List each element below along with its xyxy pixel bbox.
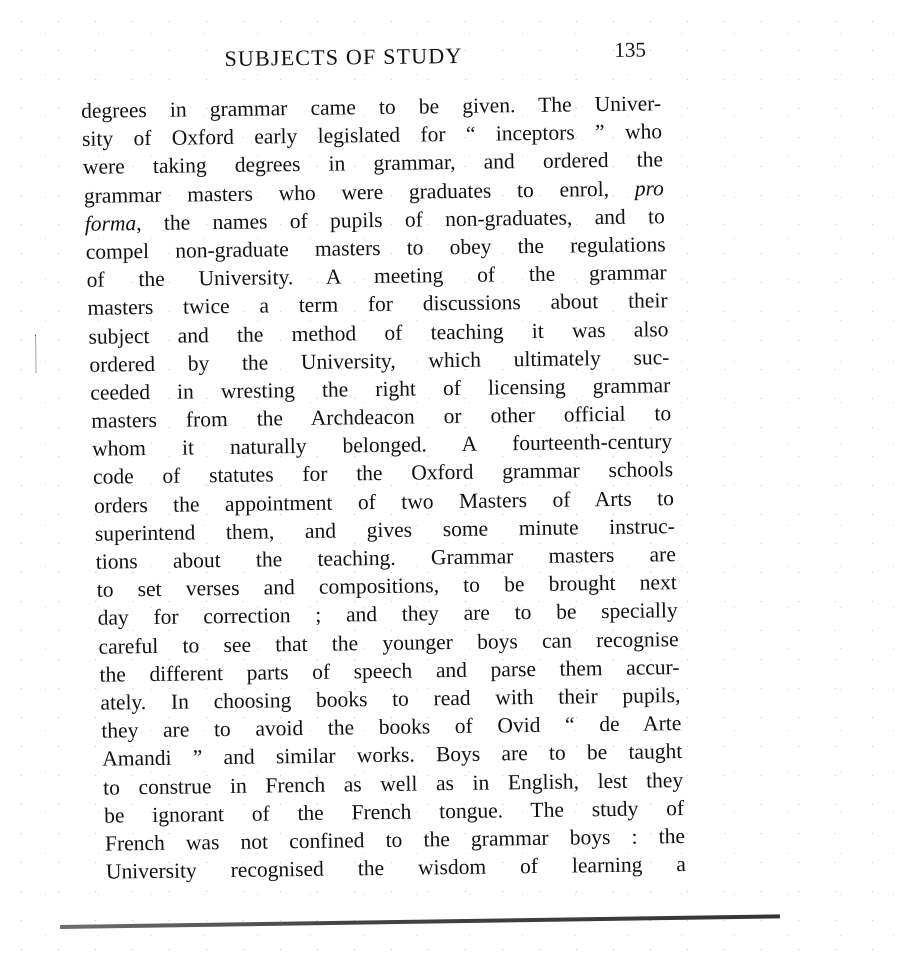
margin-mark xyxy=(35,334,38,372)
italic-text: forma xyxy=(85,211,137,236)
body-text: degrees in grammar came to be given. The… xyxy=(81,89,671,886)
running-head: SUBJECTS OF STUDY 135 xyxy=(224,40,654,76)
running-head-title: SUBJECTS OF STUDY xyxy=(224,43,462,72)
page-number: 135 xyxy=(614,37,646,62)
book-page: SUBJECTS OF STUDY 135 degrees in grammar… xyxy=(0,0,900,956)
text-segment: University recognised the wisdom of lear… xyxy=(106,852,686,884)
italic-text: pro xyxy=(635,176,664,200)
